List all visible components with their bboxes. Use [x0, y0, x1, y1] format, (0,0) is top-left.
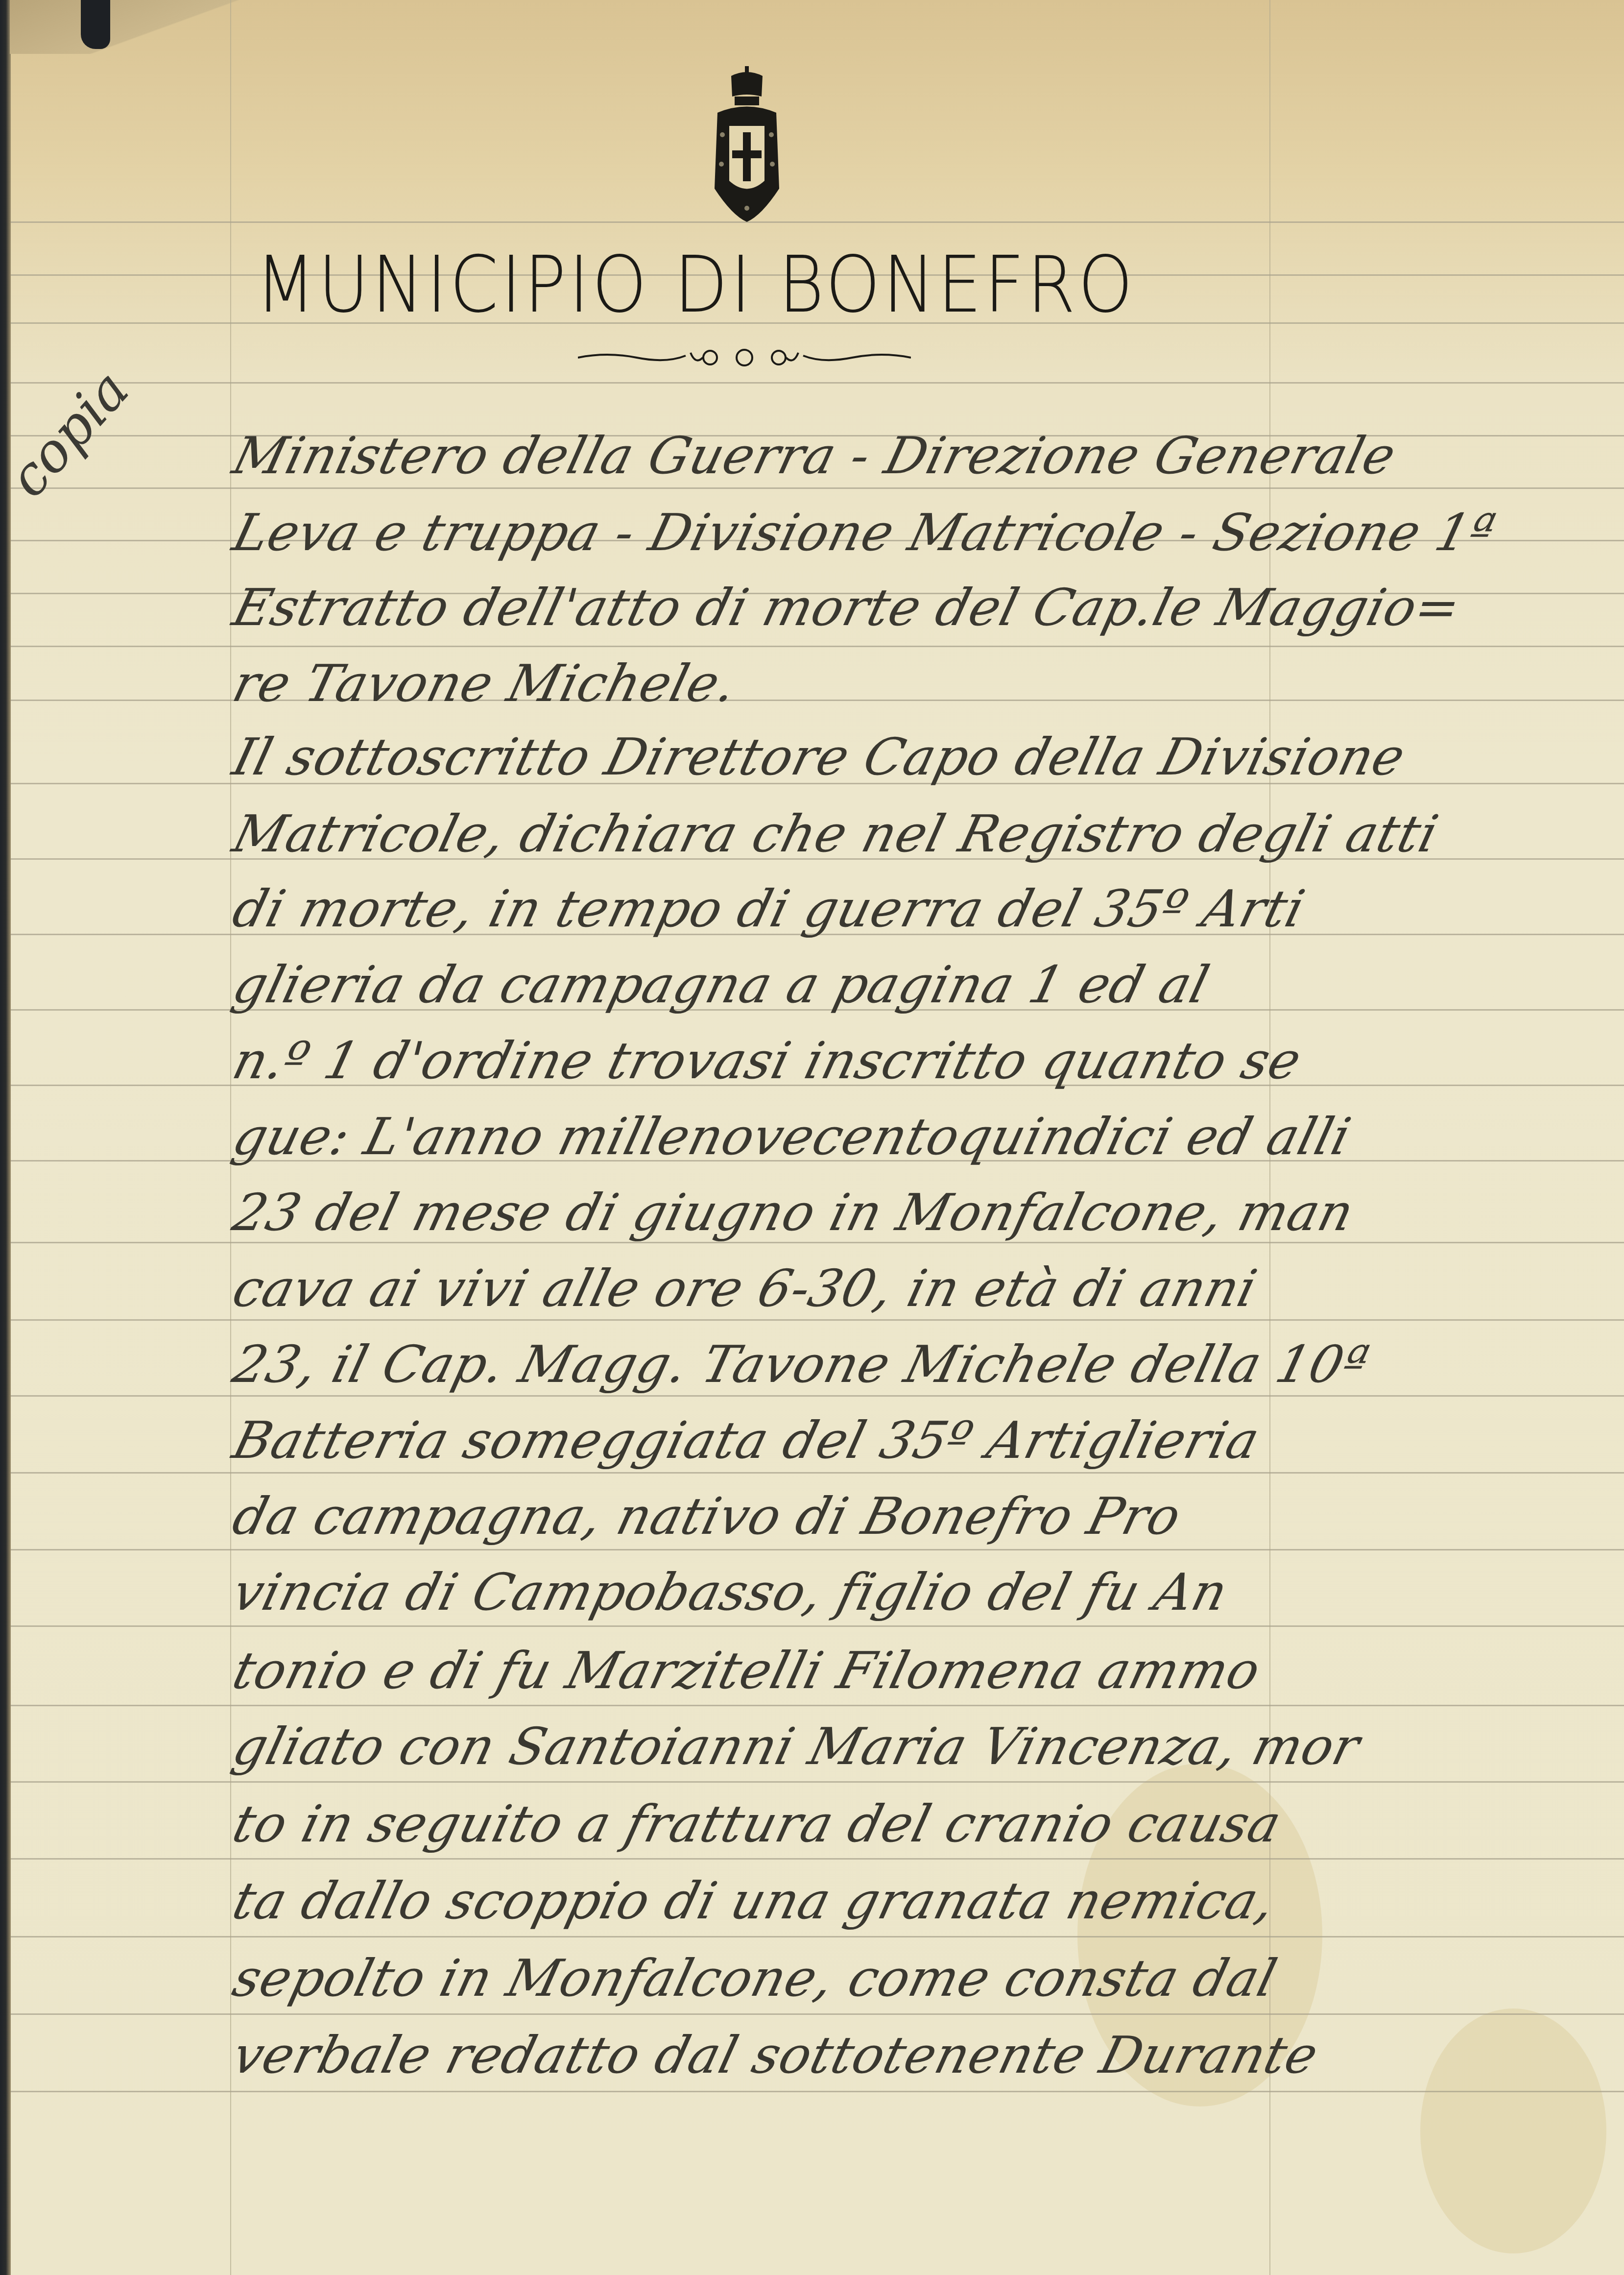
text-line: Estratto dell'atto di morte del Cap.le M… — [225, 571, 1296, 644]
margin-annotation: copia — [0, 336, 209, 553]
text-line: gliato con Santoianni Maria Vincenza, mo… — [225, 1710, 1296, 1783]
letterhead-title: MUNICIPIO DI BONEFRO — [255, 240, 1136, 330]
text-line: ta dallo scoppio di una granata nemica, — [225, 1864, 1296, 1937]
text-line: Il sottoscritto Direttore Capo della Div… — [225, 720, 1296, 794]
paper-stain — [1420, 2009, 1606, 2253]
text-line: 23 del mese di giugno in Monfalcone, man — [225, 1176, 1296, 1249]
text-line: Matricole, dichiara che nel Registro deg… — [225, 797, 1296, 871]
text-line: 23, il Cap. Magg. Tavone Michele della 1… — [225, 1328, 1296, 1401]
text-line: vincia di Campobasso, figlio del fu An — [225, 1555, 1296, 1629]
text-line: di morte, in tempo di guerra del 35º Art… — [225, 872, 1296, 945]
text-line: sepolto in Monfalcone, come consta dal — [225, 1941, 1296, 2015]
text-line: to in seguito a frattura del cranio caus… — [225, 1787, 1296, 1861]
document-page: MUNICIPIO DI BONEFRO copia Ministero del… — [0, 0, 1624, 2275]
torn-corner — [10, 0, 240, 54]
text-line: tonio e di fu Marzitelli Filomena ammo — [225, 1634, 1296, 1707]
text-line: gue: L'anno millenovecentoquindici ed al… — [225, 1100, 1296, 1173]
ruled-line — [11, 382, 1624, 384]
text-line: glieria da campagna a pagina 1 ed al — [225, 948, 1296, 1021]
floral-divider-icon — [578, 343, 911, 372]
text-line: Ministero della Guerra - Direzione Gener… — [225, 419, 1296, 492]
text-line: cava ai vivi alle ore 6-30, in età di an… — [225, 1252, 1296, 1325]
text-line: re Tavone Michele. — [225, 647, 1296, 720]
scan-edge — [0, 0, 11, 2275]
text-line: n.º 1 d'ordine trovasi inscritto quanto … — [225, 1024, 1296, 1097]
text-line: da campagna, nativo di Bonefro Pro — [225, 1479, 1296, 1553]
text-line: Batteria someggiata del 35º Artiglieria — [225, 1404, 1296, 1477]
ruled-line — [11, 221, 1624, 223]
coat-of-arms-icon — [688, 66, 806, 223]
torn-corner-shadow — [81, 0, 110, 49]
text-line: verbale redatto dal sottotenente Durante — [225, 2018, 1296, 2092]
text-line: Leva e truppa - Divisione Matricole - Se… — [225, 496, 1296, 569]
